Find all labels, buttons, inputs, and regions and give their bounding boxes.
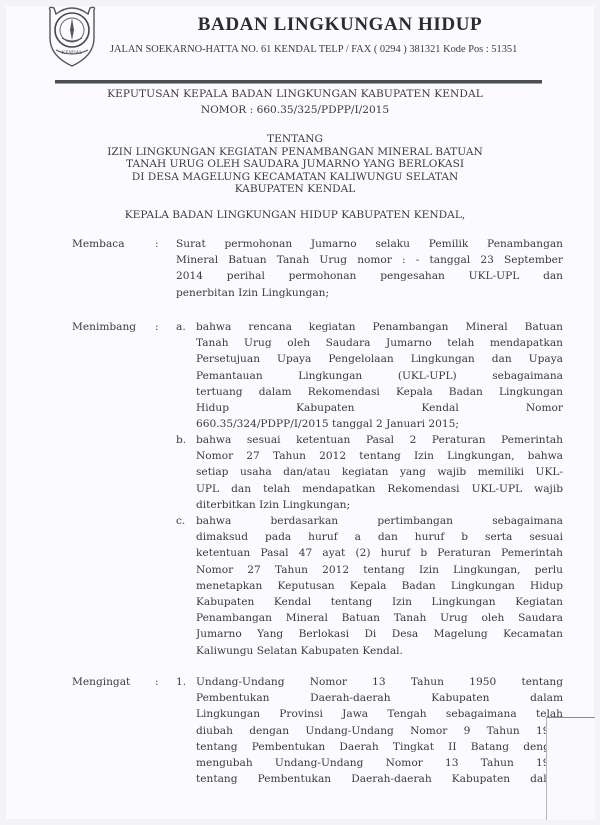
text-line: menetapkan Keputusan Kepala Badan Lingku… bbox=[196, 578, 563, 594]
text-line: penerbitan Izin Lingkungan; bbox=[176, 285, 563, 301]
text-line: setiap usaha dan/atau kegiatan yang waji… bbox=[196, 464, 563, 480]
item-marker: a. bbox=[176, 321, 186, 333]
section-label-mengingat: Mengingat bbox=[72, 676, 130, 688]
decree-subject-line: DI DESA MAGELUNG KECAMATAN KALIWUNGU SEL… bbox=[60, 171, 530, 183]
text-line: 660.35/324/PDPP/I/2015 tanggal 2 Januari… bbox=[196, 416, 563, 432]
text-line: Tanah Urug oleh Saudara Jumarno telah me… bbox=[196, 335, 563, 351]
text-line: ketentuan Pasal 47 ayat (2) huruf b Pera… bbox=[196, 545, 563, 561]
text-line: diubah dengan Undang-Undang Nomor 9 Tahu… bbox=[196, 723, 563, 739]
text-line: Persetujuan Upaya Pengelolaan Lingkungan… bbox=[196, 351, 563, 367]
text-line: Nomor 27 Tahun 2012 tentang Izin Lingkun… bbox=[196, 562, 563, 578]
decree-number: NOMOR : 660.35/325/PDPP/I/2015 bbox=[60, 104, 530, 116]
item-marker: b. bbox=[176, 434, 186, 446]
text-line: Surat permohonan Jumarno selaku Pemilik … bbox=[176, 236, 563, 252]
text-line: tertuang dalam Rekomendasi Kepala Badan … bbox=[196, 384, 563, 400]
text-line: Pemantauan Lingkungan (UKL-UPL) sebagaim… bbox=[196, 368, 563, 384]
text-line: UPL dan telah mendapatkan Rekomendasi UK… bbox=[196, 481, 563, 497]
section-label-membaca: Membaca bbox=[72, 238, 125, 250]
decree-about: TENTANG bbox=[60, 133, 530, 145]
menimbang-item-c: bahwa berdasarkan pertimbangan sebagaima… bbox=[196, 513, 563, 659]
section-label-menimbang: Menimbang bbox=[72, 321, 136, 333]
text-line: tentang Pembentukan Daerah Tingkat II Ba… bbox=[196, 739, 563, 755]
text-line: 2014 perihal permohonan pengesahan UKL-U… bbox=[176, 268, 563, 284]
text-line: Kaliwungu Selatan Kabupaten Kendal. bbox=[196, 643, 563, 659]
text-line: diterbitkan Izin Lingkungan; bbox=[196, 497, 563, 513]
text-line: Nomor 27 Tahun 2012 tentang Izin Lingkun… bbox=[196, 448, 563, 464]
organization-address: JALAN SOEKARNO-HATTA NO. 61 KENDAL TELP … bbox=[110, 44, 580, 55]
decree-title: KEPUTUSAN KEPALA BADAN LINGKUNGAN KABUPA… bbox=[60, 88, 530, 100]
text-line: Mineral Batuan Tanah Urug nomor : - tang… bbox=[176, 252, 563, 268]
kendal-regency-crest-icon: KENDAL bbox=[44, 4, 100, 68]
organization-title: BADAN LINGKUNGAN HIDUP bbox=[160, 14, 520, 36]
scanned-page-edge bbox=[546, 717, 595, 820]
text-line: tentang Pembentukan Daerah-daerah Kabupa… bbox=[196, 771, 563, 787]
section-colon: : bbox=[155, 676, 159, 688]
text-line: Lingkungan Provinsi Jawa Tengah sebagaim… bbox=[196, 706, 563, 722]
section-colon: : bbox=[155, 321, 159, 333]
text-line: Undang-Undang Nomor 13 Tahun 1950 tentan… bbox=[196, 674, 563, 690]
decree-authority: KEPALA BADAN LINGKUNGAN HIDUP KABUPATEN … bbox=[60, 209, 530, 221]
mengingat-item-1: Undang-Undang Nomor 13 Tahun 1950 tentan… bbox=[196, 674, 563, 787]
letterhead-divider bbox=[55, 80, 542, 84]
menimbang-item-a: bahwa rencana kegiatan Penambangan Miner… bbox=[196, 319, 563, 432]
decree-subject-line: IZIN LINGKUNGAN KEGIATAN PENAMBANGAN MIN… bbox=[60, 146, 530, 158]
text-line: Kabupaten Kendal tentang Izin Lingkungan… bbox=[196, 594, 563, 610]
text-line: bahwa rencana kegiatan Penambangan Miner… bbox=[196, 319, 563, 335]
section-colon: : bbox=[155, 238, 159, 250]
menimbang-item-b: bahwa sesuai ketentuan Pasal 2 Peraturan… bbox=[196, 432, 563, 513]
text-line: bahwa sesuai ketentuan Pasal 2 Peraturan… bbox=[196, 432, 563, 448]
text-line: mengubah Undang-Undang Nomor 13 Tahun 19… bbox=[196, 755, 563, 771]
text-line: dimaksud pada huruf a dan huruf b serta … bbox=[196, 529, 563, 545]
decree-subject-line: TANAH URUG OLEH SAUDARA JUMARNO YANG BER… bbox=[60, 158, 530, 170]
text-line: Penambangan Mineral Batuan Tanah Urug ol… bbox=[196, 610, 563, 626]
item-marker: 1. bbox=[176, 676, 186, 688]
decree-subject-line: KABUPATEN KENDAL bbox=[60, 183, 530, 195]
text-line: Hidup Kabupaten Kendal Nomor bbox=[196, 400, 563, 416]
text-line: Pembentukan Daerah-daerah Kabupaten dala… bbox=[196, 690, 563, 706]
text-line: bahwa berdasarkan pertimbangan sebagaima… bbox=[196, 513, 563, 529]
svg-text:KENDAL: KENDAL bbox=[62, 51, 83, 56]
item-marker: c. bbox=[176, 515, 185, 527]
text-line: Jumarno Yang Berlokasi Di Desa Magelung … bbox=[196, 626, 563, 642]
membaca-paragraph: Surat permohonan Jumarno selaku Pemilik … bbox=[176, 236, 563, 301]
